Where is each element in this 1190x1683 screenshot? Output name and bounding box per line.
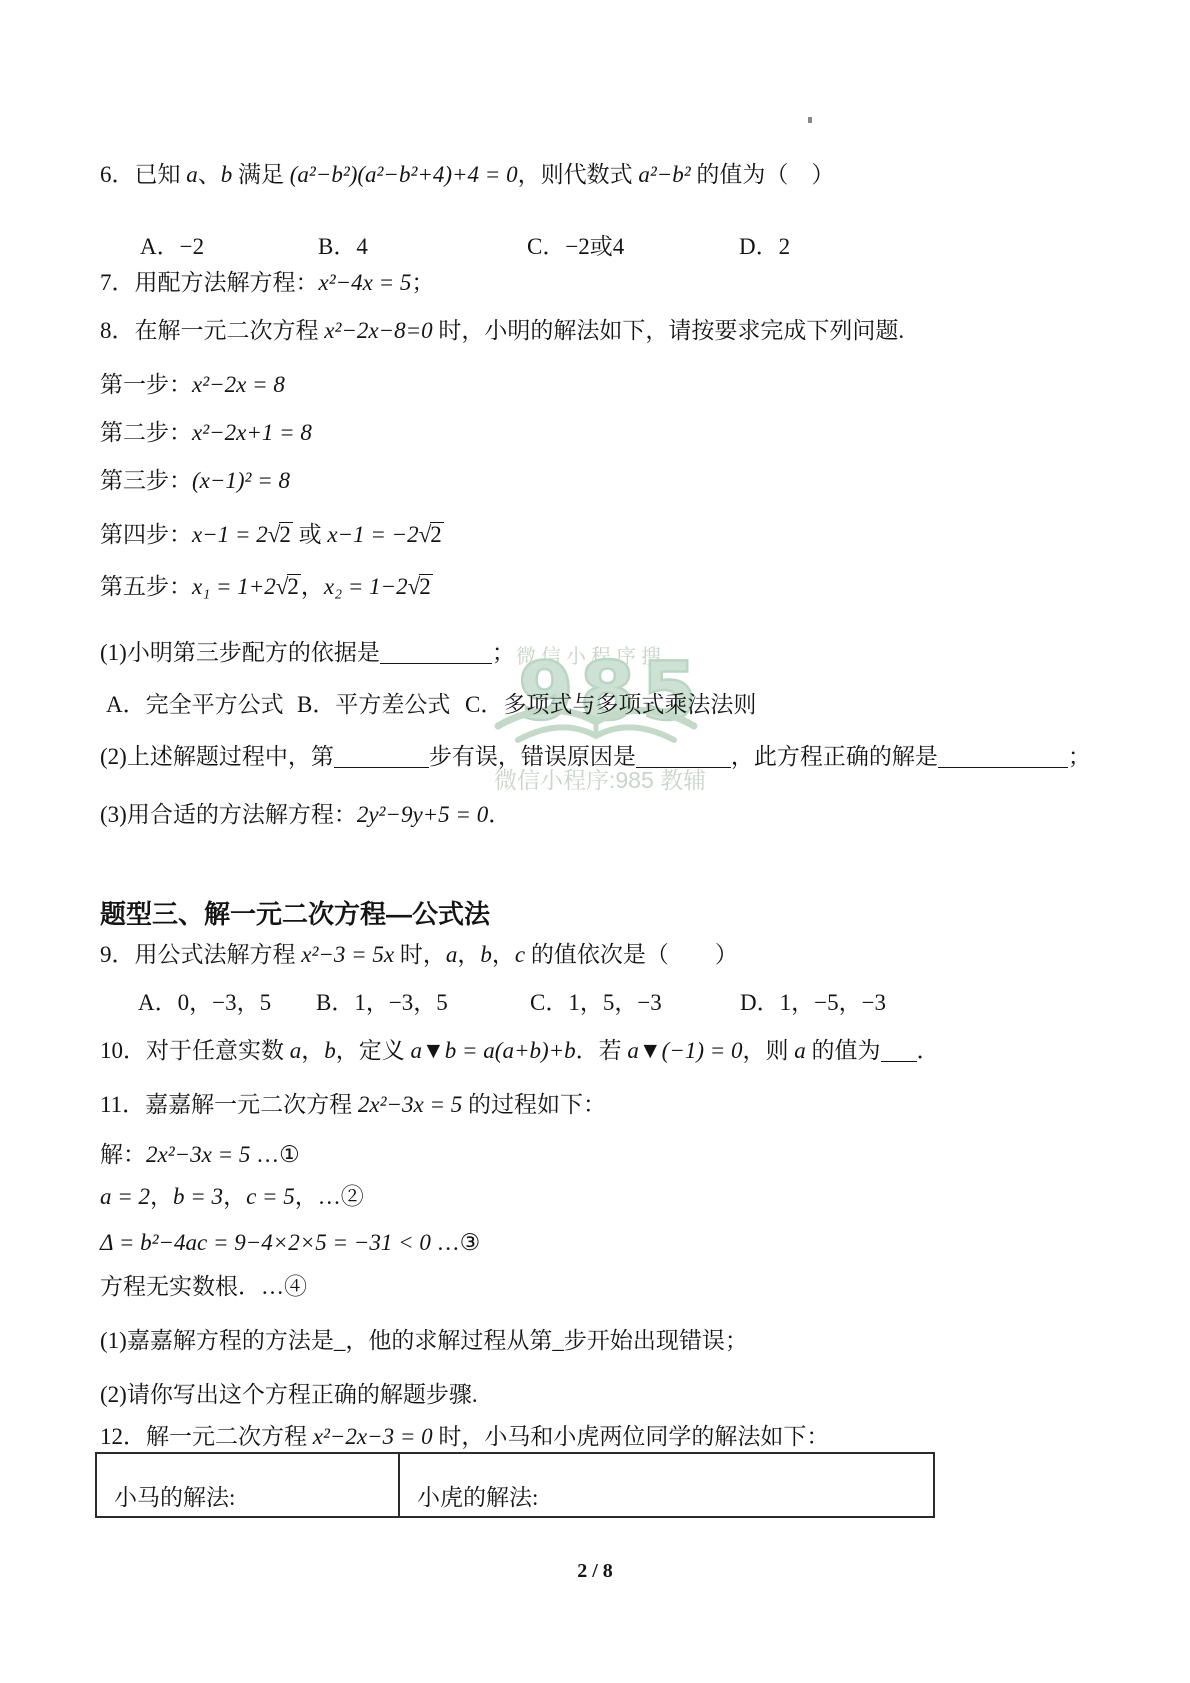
text-run: ， [457,942,480,967]
math-run: x₂ = 1−2 [324,574,408,599]
text-run: ， [223,1184,246,1209]
text-run: (3)用合适的方法解方程： [100,802,357,827]
math-run: x²−4x = 5 [319,270,412,295]
q11-solution-line-3: Δ = b²−4ac = 9−4×2×5 = −31 < 0 …③ [100,1228,480,1258]
math-run: x²−3 = 5x [301,942,394,967]
answer-blank [636,744,731,768]
q11-solution-line-2: a = 2，b = 3，c = 5，…② [100,1182,364,1212]
q12-solutions-table: 小马的解法: 小虎的解法: [95,1452,935,1518]
math-run: x²−2x = 8 [192,372,285,397]
math-run: 2y²−9y+5 = 0 [357,802,488,827]
text-run: 第四步： [100,522,192,547]
text-run: 时， [394,942,446,967]
table-cell-xiaoma: 小马的解法: [97,1454,400,1516]
table-cell-xiaohu: 小虎的解法: [400,1454,933,1516]
q8-step-4: 第四步：x−1 = 2√2 或 x−1 = −2√2 [100,520,444,550]
math-run: x²−2x−3 = 0 [313,1424,433,1449]
text-run: ， [301,574,324,599]
question-9-stem: 9．用公式法解方程 x²−3 = 5x 时，a，b，c 的值依次是（ ） [100,940,738,970]
text-run: ． [488,802,511,827]
text-run: 6．已知 [100,162,186,187]
radicand: 2 [419,574,433,599]
question-8-stem: 8．在解一元二次方程 x²−2x−8=0 时，小明的解法如下，请按要求完成下列问… [100,316,904,346]
text-run: 的值为（ ） [691,162,835,187]
math-run: b [480,942,492,967]
math-run: (a²−b²)(a²−b²+4)+4 = 0 [290,162,518,187]
q8-step-2: 第二步：x²−2x+1 = 8 [100,418,312,448]
text-run: ，…② [295,1184,364,1209]
table-cell-label: 小虎的解法: [417,1485,538,1510]
text-run: ； [492,640,515,665]
q11-solution-line-1: 解：2x²−3x = 5 …① [100,1140,300,1170]
page-number: 2 / 8 [0,1560,1190,1583]
text-run: 9．用公式法解方程 [100,942,301,967]
radical: √2 [268,522,293,547]
text-run: ； [411,270,434,295]
text-run: ． [917,1038,940,1063]
radical: √2 [276,574,301,599]
q11-solution-line-4: 方程无实数根．…④ [100,1272,307,1302]
table-cell-label: 小马的解法: [114,1485,235,1510]
q8-part3: (3)用合适的方法解方程：2y²−9y+5 = 0． [100,800,511,830]
math-run: c [515,942,525,967]
option-c: C．−2或4 [527,232,624,262]
option-b: B．1，−3，5 [316,988,448,1018]
text-run: 方程无实数根．…④ [100,1274,307,1299]
text-run: 的过程如下： [462,1092,606,1117]
math-run: x²−2x+1 = 8 [192,420,312,445]
radical: √2 [419,522,444,547]
text-run: 7．用配方法解方程： [100,270,319,295]
text-run: (1)小明第三步配方的依据是 [100,640,380,665]
text-run: 第三步： [100,468,192,493]
text-run: 、 [198,162,221,187]
text-run: 时，小明的解法如下，请按要求完成下列问题. [433,318,905,343]
text-run: ，定义 [336,1038,411,1063]
text-run: ， [150,1184,173,1209]
text-run: ， [492,942,515,967]
text-run: 步有误，错误原因是 [429,744,636,769]
option-a: A．−2 [140,232,204,262]
option-c: C．1，5，−3 [530,988,662,1018]
worksheet-page: 微信小程序搜 985 微信小程序:985 教辅 6．已知 a、b 满足 (a²−… [0,0,1190,1683]
text-run: ，则 [743,1038,795,1063]
text-run: 10．对于任意实数 [100,1038,290,1063]
math-run: a [446,942,458,967]
math-run: a▼(−1) = 0 [627,1038,742,1063]
math-run: 2x²−3x = 5 [146,1142,250,1167]
text-run: 或 [293,522,328,547]
text-run: 12．解一元二次方程 [100,1424,313,1449]
text-run: 的值依次是（ ） [525,942,738,967]
option-b: B．4 [318,232,368,262]
answer-blank [938,744,1068,768]
q11-part1: (1)嘉嘉解方程的方法是_，他的求解过程从第_步开始出现错误； [100,1326,748,1356]
math-run: b = 3 [173,1184,223,1209]
radicand: 2 [287,574,301,599]
question-10: 10．对于任意实数 a，b，定义 a▼b = a(a+b)+b．若 a▼(−1)… [100,1036,940,1066]
text-run: (2)上述解题过程中，第 [100,744,334,769]
watermark-text-top: 微信小程序搜 [516,640,666,669]
radical: √2 [408,574,433,599]
page-artifact-dot [808,117,812,123]
math-run: 2x²−3x = 5 [358,1092,462,1117]
answer-blank [380,640,492,664]
option-d: D．2 [739,232,790,262]
text-run: 满足 [232,162,290,187]
math-run: x²−2x−8=0 [324,318,432,343]
math-run: a▼b = a(a+b)+b [411,1038,576,1063]
text-run: ，则代数式 [518,162,639,187]
text-run: (1)嘉嘉解方程的方法是_，他的求解过程从第_步开始出现错误； [100,1328,748,1353]
text-run: ，此方程正确的解是 [731,744,938,769]
q8-step-5: 第五步：x₁ = 1+2√2，x₂ = 1−2√2 [100,572,433,602]
text-run: (2)请你写出这个方程正确的解题步骤. [100,1382,478,1407]
text-run: ； [1068,744,1091,769]
math-run: a [794,1038,806,1063]
math-run: Δ = b²−4ac = 9−4×2×5 = −31 < 0 [100,1230,431,1255]
q11-part2: (2)请你写出这个方程正确的解题步骤. [100,1380,478,1410]
text-run: 的值为 [806,1038,881,1063]
math-run: c = 5 [246,1184,295,1209]
section-heading-text: 题型三、解一元二次方程—公式法 [100,899,490,929]
math-run: x−1 = −2 [327,522,418,547]
math-run: a [186,162,198,187]
q8-part2: (2)上述解题过程中，第步有误，错误原因是，此方程正确的解是； [100,742,1091,772]
option-d: D．1，−5，−3 [740,988,886,1018]
question-11-stem: 11．嘉嘉解一元二次方程 2x²−3x = 5 的过程如下： [100,1090,606,1120]
q8-step-1: 第一步：x²−2x = 8 [100,370,285,400]
text-run: 8．在解一元二次方程 [100,318,324,343]
text-run: 解： [100,1142,146,1167]
math-run: x₁ = 1+2 [192,574,276,599]
text-run: …① [250,1142,299,1167]
math-run: (x−1)² = 8 [192,468,290,493]
section-heading: 题型三、解一元二次方程—公式法 [100,898,490,932]
math-run: b [324,1038,336,1063]
text-run: 时，小马和小虎两位同学的解法如下： [433,1424,830,1449]
option-a: A．完全平方公式 [106,690,284,720]
q8-part1: (1)小明第三步配方的依据是； [100,638,515,668]
math-run: a = 2 [100,1184,150,1209]
math-run: b [221,162,233,187]
text-run: 第五步： [100,574,192,599]
radicand: 2 [430,522,444,547]
text-run: ， [301,1038,324,1063]
question-6-stem: 6．已知 a、b 满足 (a²−b²)(a²−b²+4)+4 = 0，则代数式 … [100,160,834,190]
radicand: 2 [279,522,293,547]
answer-blank [881,1038,917,1062]
question-12-stem: 12．解一元二次方程 x²−2x−3 = 0 时，小马和小虎两位同学的解法如下： [100,1422,829,1452]
math-run: a [290,1038,302,1063]
text-run: ．若 [576,1038,628,1063]
text-run: …③ [431,1230,480,1255]
math-run: x−1 = 2 [192,522,268,547]
text-run: 第一步： [100,372,192,397]
option-a: A．0，−3，5 [138,988,271,1018]
text-run: 11．嘉嘉解一元二次方程 [100,1092,358,1117]
option-c: C．多项式与多项式乘法法则 [465,690,756,720]
option-b: B．平方差公式 [297,690,450,720]
answer-blank [334,744,429,768]
math-run: a²−b² [638,162,690,187]
text-run: 第二步： [100,420,192,445]
question-7: 7．用配方法解方程：x²−4x = 5； [100,268,434,298]
q8-step-3: 第三步：(x−1)² = 8 [100,466,290,496]
